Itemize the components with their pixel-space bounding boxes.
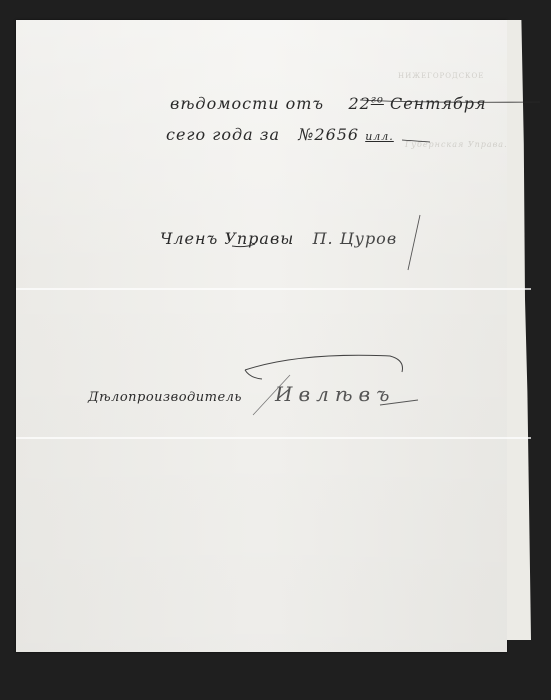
signature-flourishes: [0, 0, 551, 700]
